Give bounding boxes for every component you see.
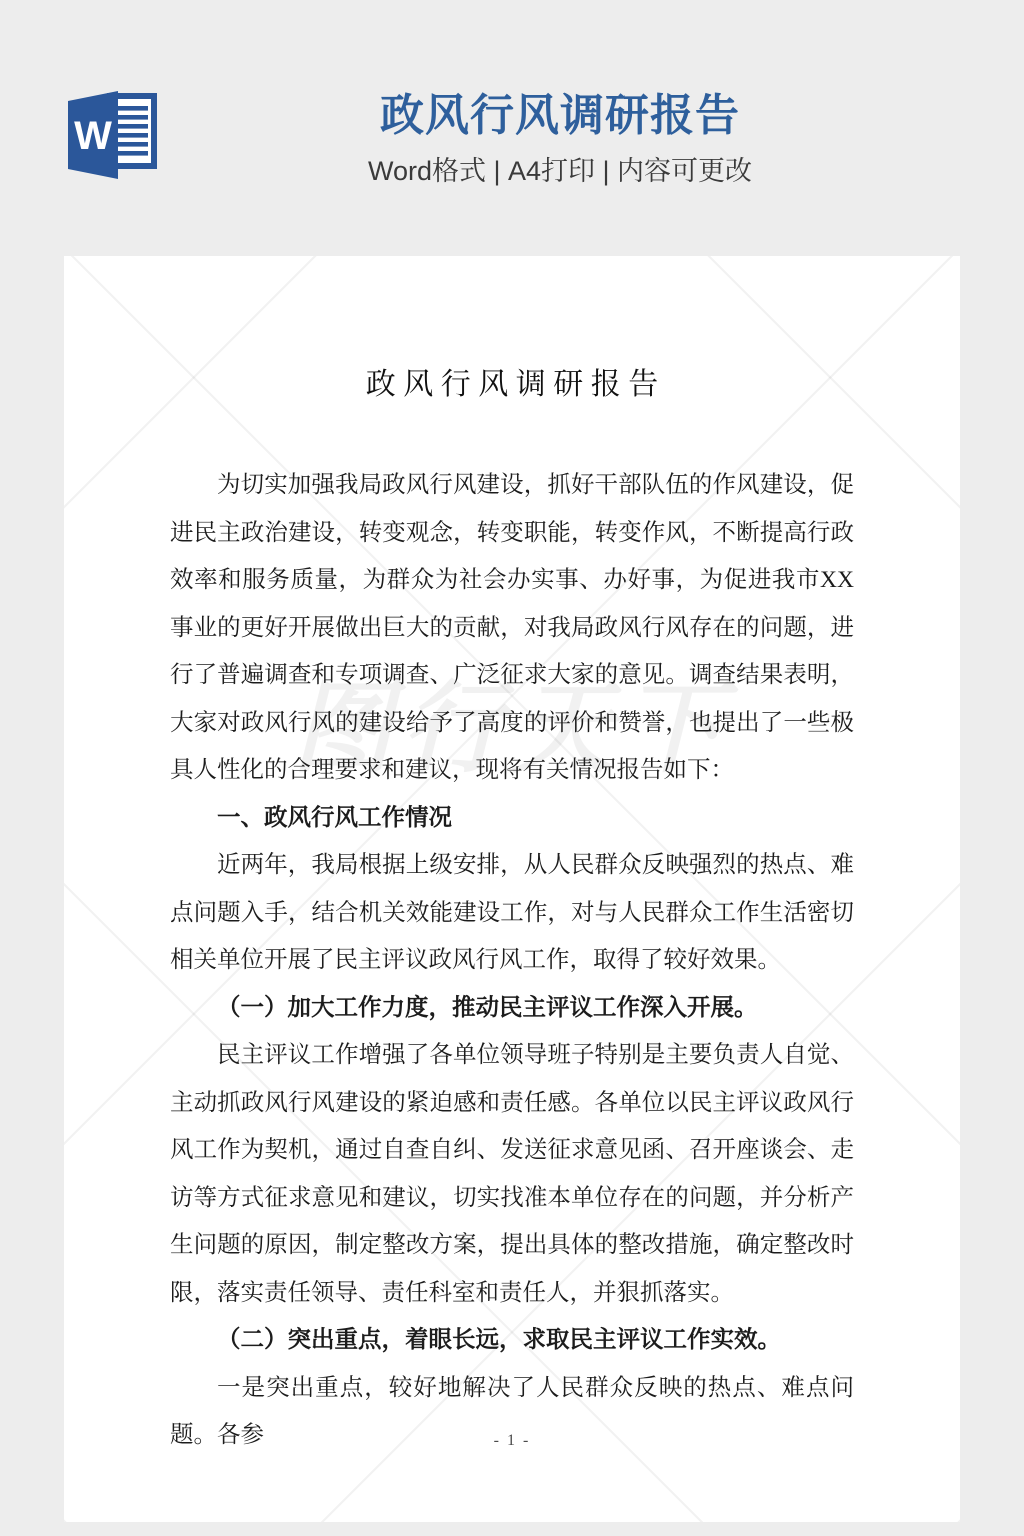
document-content: 政 风 行 风 调 研 报 告 为切实加强我局政风行风建设，抓好干部队伍的作风建…: [170, 256, 854, 1460]
document-body: 为切实加强我局政风行风建设，抓好干部队伍的作风建设，促进民主政治建设，转变观念，…: [170, 462, 854, 1460]
doc-paragraph: 民主评议工作增强了各单位领导班子特别是主要负责人自觉、主动抓政风行风建设的紧迫感…: [170, 1032, 854, 1317]
document-page: 图行天下 政 风 行 风 调 研 报 告 为切实加强我局政风行风建设，抓好干部队…: [64, 256, 960, 1522]
doc-heading: （二）突出重点，着眼长远，求取民主评议工作实效。: [170, 1317, 854, 1365]
doc-heading: （一）加大工作力度，推动民主评议工作深入开展。: [170, 985, 854, 1033]
document-title: 政 风 行 风 调 研 报 告: [170, 364, 854, 406]
doc-heading: 一、政风行风工作情况: [170, 795, 854, 843]
template-subtitle: Word格式 | A4打印 | 内容可更改: [96, 156, 1024, 186]
page-number: - 1 -: [64, 1432, 960, 1450]
doc-paragraph: 为切实加强我局政风行风建设，抓好干部队伍的作风建设，促进民主政治建设，转变观念，…: [170, 462, 854, 795]
template-header: W 政风行风调研报告 Word格式 | A4打印 | 内容可更改: [0, 0, 1024, 256]
header-text-block: 政风行风调研报告 Word格式 | A4打印 | 内容可更改: [0, 92, 1024, 186]
doc-paragraph: 近两年，我局根据上级安排，从人民群众反映强烈的热点、难点问题入手，结合机关效能建…: [170, 842, 854, 985]
template-title: 政风行风调研报告: [96, 92, 1024, 140]
